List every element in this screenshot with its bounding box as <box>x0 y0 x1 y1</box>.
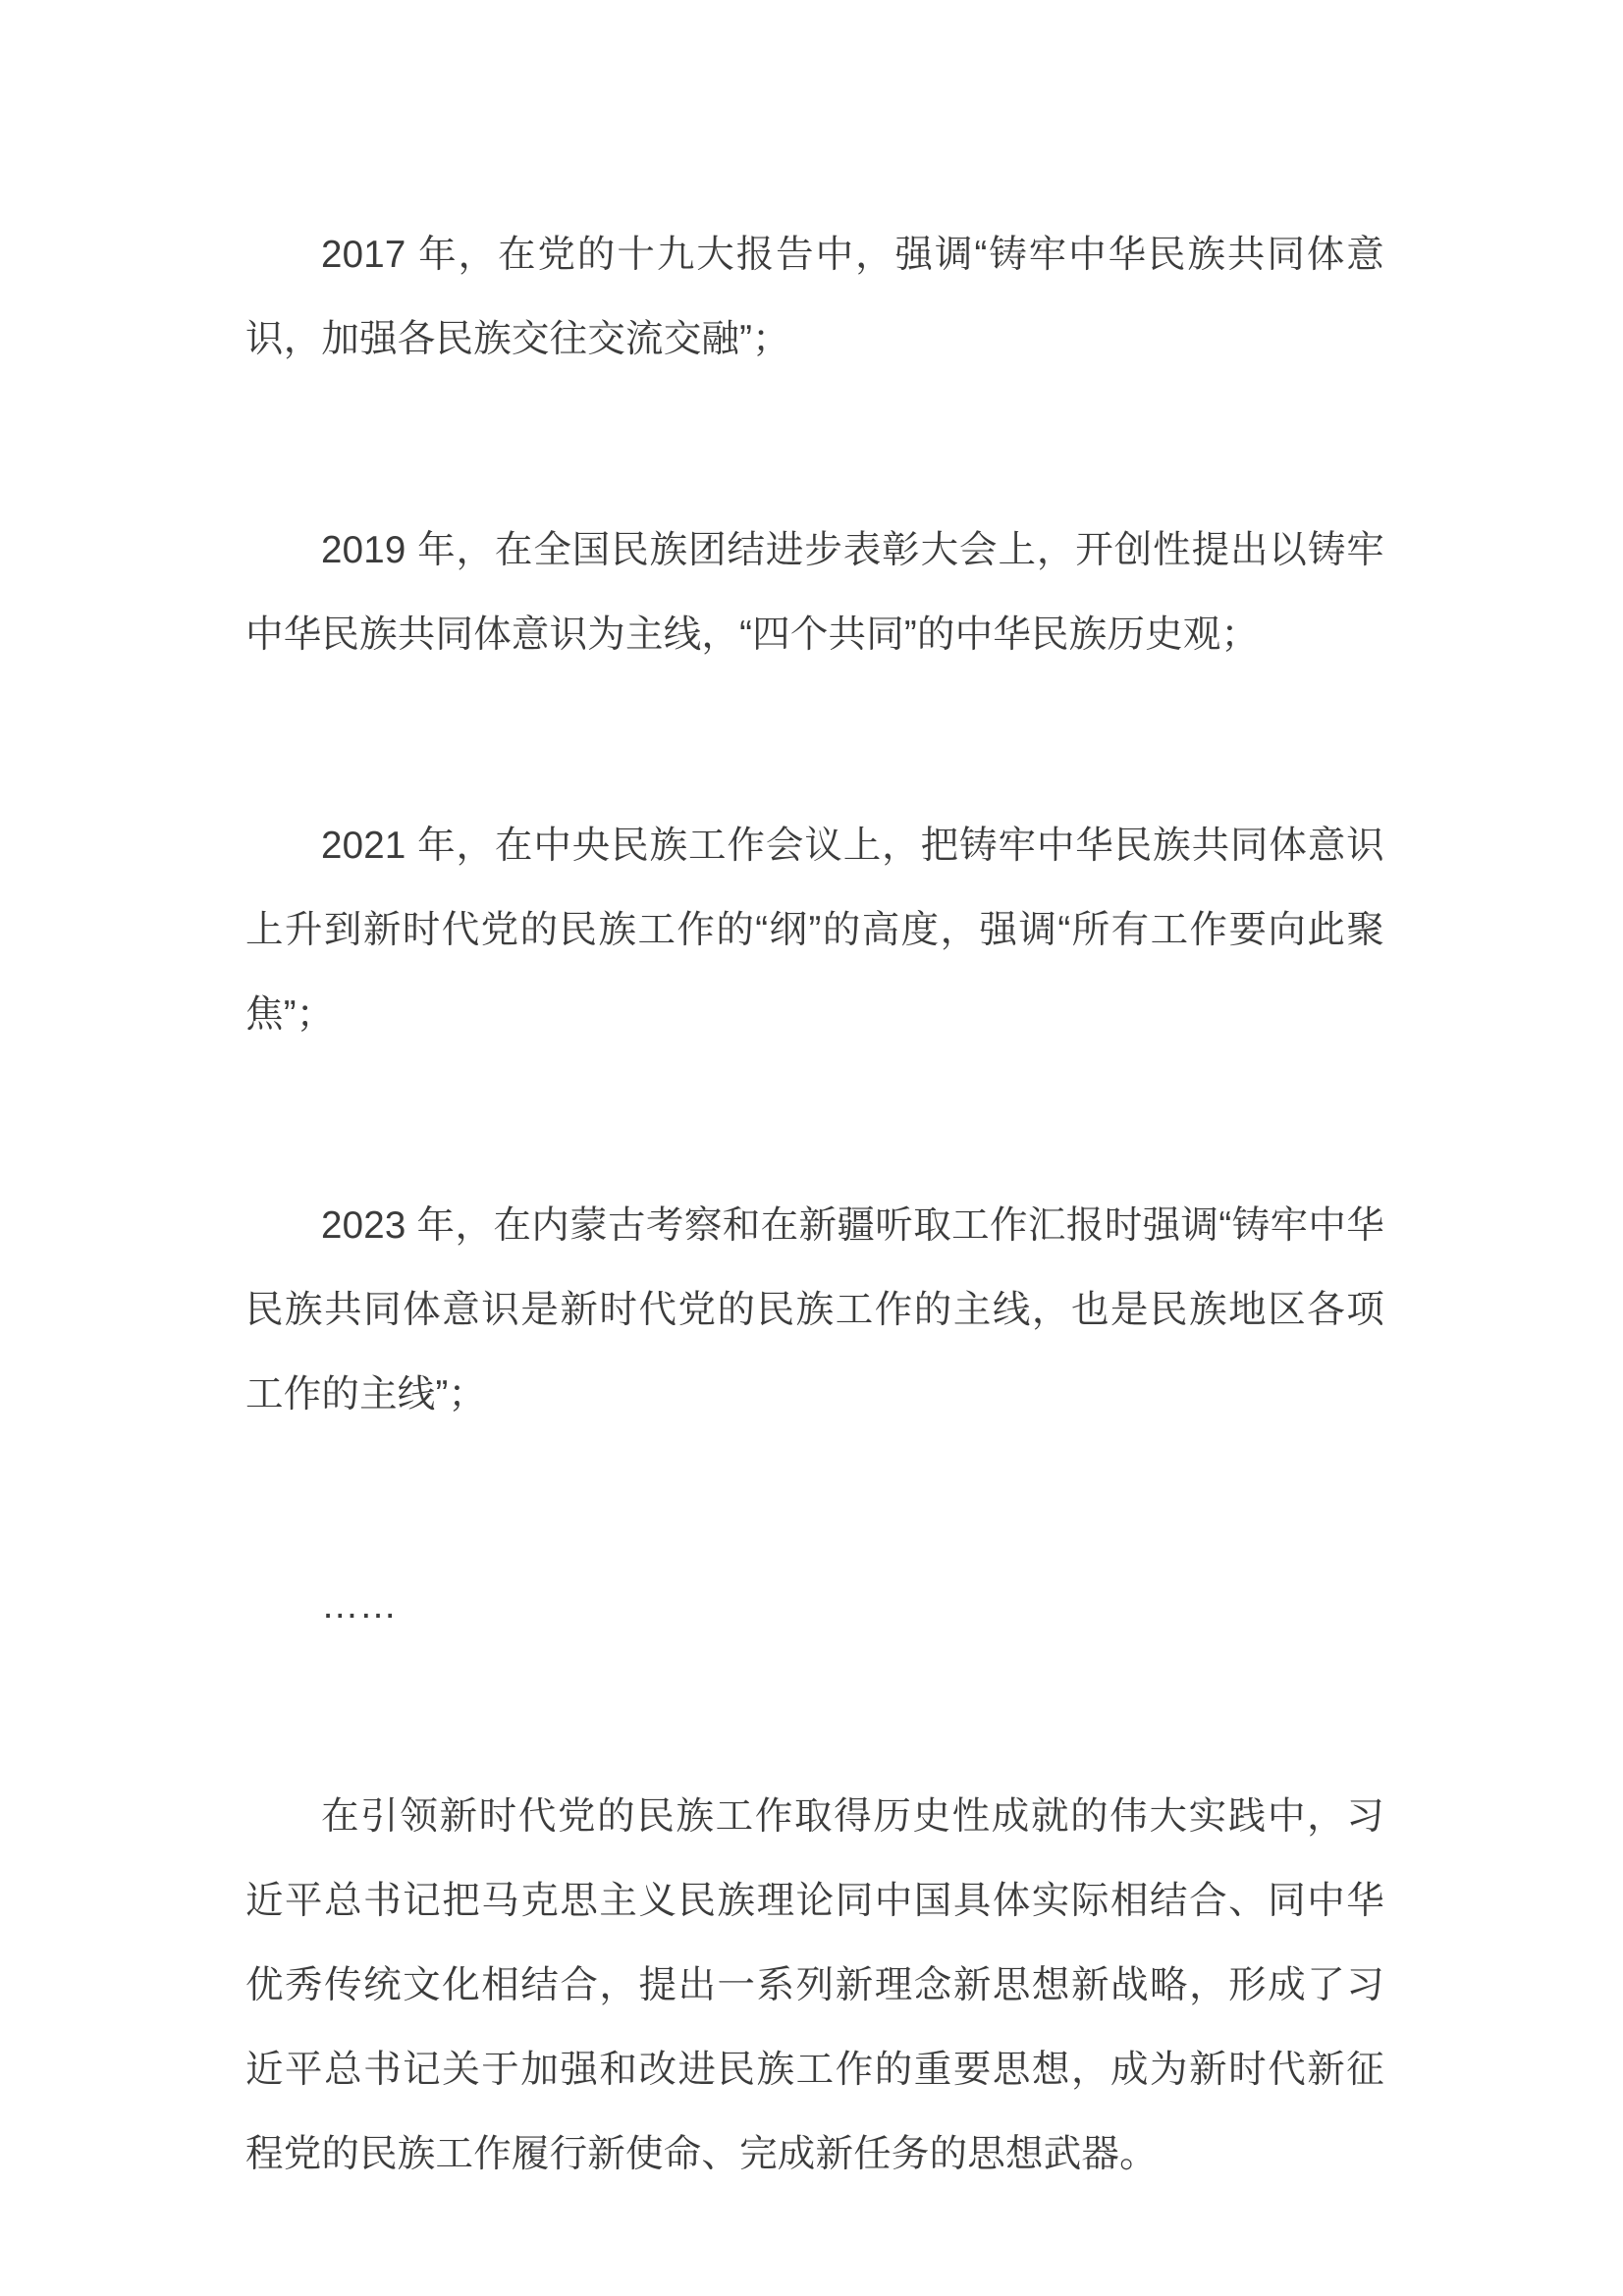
paragraph-2019: 2019 年，在全国民族团结进步表彰大会上，开创性提出以铸牢中华民族共同体意识为… <box>245 508 1384 677</box>
paragraph-2017: 2017 年，在党的十九大报告中，强调“铸牢中华民族共同体意识，加强各民族交往交… <box>245 213 1384 382</box>
paragraph-2021: 2021 年，在中央民族工作会议上，把铸牢中华民族共同体意识上升到新时代党的民族… <box>245 804 1384 1057</box>
paragraph-ellipsis: …… <box>245 1564 1384 1648</box>
paragraph-2023: 2023 年，在内蒙古考察和在新疆听取工作汇报时强调“铸牢中华民族共同体意识是新… <box>245 1184 1384 1437</box>
paragraph-summary: 在引领新时代党的民族工作取得历史性成就的伟大实践中，习近平总书记把马克思主义民族… <box>245 1775 1384 2197</box>
document-page: 2017 年，在党的十九大报告中，强调“铸牢中华民族共同体意识，加强各民族交往交… <box>0 0 1623 2296</box>
